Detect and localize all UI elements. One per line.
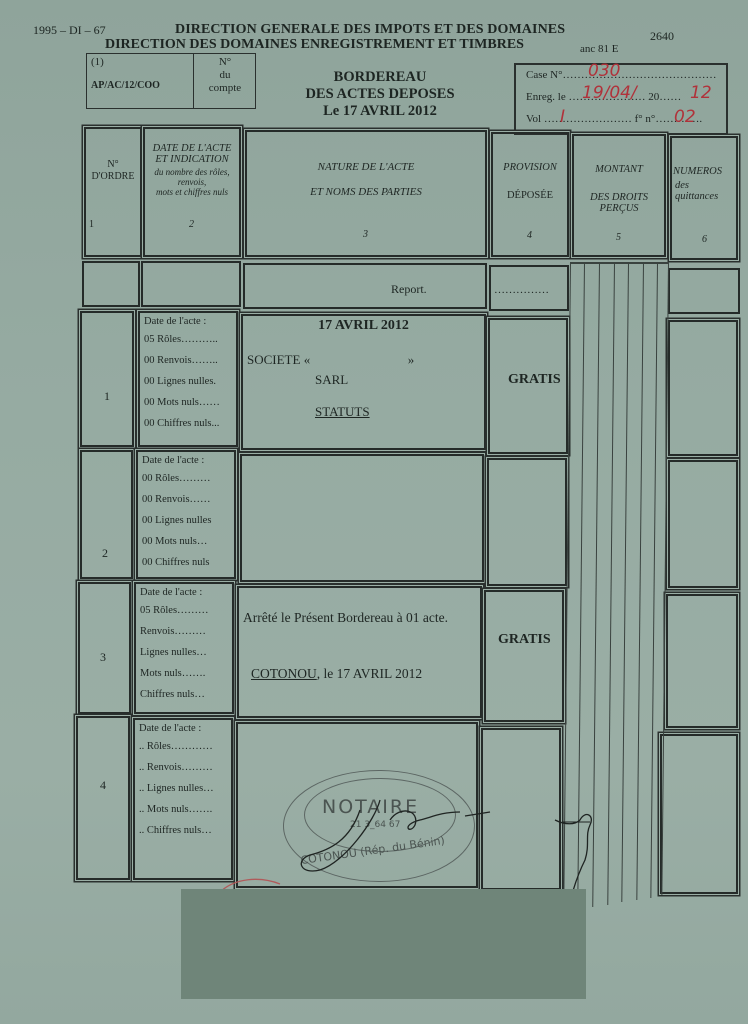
row-1-company-form: SARL <box>315 372 348 388</box>
row-3-renvois: Renvois……… <box>140 621 232 642</box>
enreg-date-value: 19/04/ <box>582 83 637 103</box>
row-4-date: Date de l'acte : .. Rôles………… .. Renvois… <box>133 718 233 880</box>
title-line-3: Le 17 AVRIL 2012 <box>270 103 490 120</box>
row-1-quittance <box>668 320 738 456</box>
row-1-renvois: 00 Renvois…….. <box>144 350 236 371</box>
row-1-order: 1 <box>80 311 134 447</box>
col-number-3: 3 <box>363 229 368 240</box>
row-2-renvois: 00 Renvois…… <box>142 489 234 510</box>
col-header-order: N° D'ORDRE 1 <box>84 127 142 257</box>
row-1-nature: 17 AVRIL 2012 SOCIETE « » SARL STATUTS <box>241 314 486 450</box>
folio-label: f° n° <box>635 113 656 125</box>
row-2-nature <box>240 454 484 582</box>
col-header-quittances-subtitle: des quittances <box>675 180 718 202</box>
report-provision-dots: …………… <box>494 284 549 296</box>
row-1-date-label: Date de l'acte : <box>144 315 236 329</box>
row-3-date-text: , le 17 AVRIL 2012 <box>317 666 422 681</box>
col-number-6: 6 <box>702 234 707 245</box>
form-old-code: anc 81 E <box>580 43 618 55</box>
row-1-mots-nuls: 00 Mots nuls…… <box>144 392 236 413</box>
row-3-place-date: COTONOU, le 17 AVRIL 2012 <box>251 666 422 682</box>
col-header-montant-subtitle: DES DROITS PERÇUS <box>574 192 664 214</box>
account-value: AP/AC/12/COO <box>91 80 160 91</box>
row-4-chiffres-nuls: .. Chiffres nuls… <box>139 820 231 841</box>
row-3-order: 3 <box>78 582 131 714</box>
montant-rule-line <box>621 262 629 902</box>
row-4-quittance <box>660 734 738 894</box>
row-3-chiffres-nuls: Chiffres nuls… <box>140 684 232 705</box>
row-2-chiffres-nuls: 00 Chiffres nuls <box>142 552 234 573</box>
agency-line-2: DIRECTION DES DOMAINES ENREGISTREMENT ET… <box>105 37 524 53</box>
registration-box: Case N°…………………………………… 030 Enreg. le …………… <box>514 63 728 135</box>
report-quittance-cell <box>668 268 740 314</box>
vol-label: Vol <box>526 113 541 125</box>
col-header-nature-title: NATURE DE L'ACTE <box>247 162 485 173</box>
row-4-date-details: Date de l'acte : .. Rôles………… .. Renvois… <box>135 720 231 841</box>
row-4-mots-nuls: .. Mots nuls……. <box>139 799 231 820</box>
row-4-lignes-nulles: .. Lignes nulles… <box>139 778 231 799</box>
row-2-date-label: Date de l'acte : <box>142 454 234 468</box>
row-1-date: Date de l'acte : 05 Rôles……….. 00 Renvoi… <box>138 311 238 447</box>
row-1-chiffres-nuls: 00 Chiffres nuls... <box>144 413 236 434</box>
row-1-act-type: STATUTS <box>315 404 370 420</box>
account-col-line2: du <box>195 69 255 82</box>
row-2-order-number: 2 <box>102 546 108 561</box>
agency-line-1: DIRECTION GENERALE DES IMPOTS ET DES DOM… <box>175 22 565 38</box>
year-value: 12 <box>690 83 712 103</box>
col-header-nature-subtitle: ET NOMS DES PARTIES <box>247 187 485 198</box>
row-3-mots-nuls: Mots nuls……. <box>140 663 232 684</box>
account-col-line1: N° <box>195 56 255 69</box>
row-3-closing-text: Arrêté le Présent Bordereau à 01 acte. <box>243 608 477 628</box>
col-number-1: 1 <box>89 219 94 230</box>
row-4-renvois: .. Renvois……… <box>139 757 231 778</box>
col-header-montant: MONTANT DES DROITS PERÇUS 5 <box>572 134 666 257</box>
row-1-lignes-nulles: 00 Lignes nulles. <box>144 371 236 392</box>
col-header-montant-title: MONTANT <box>574 164 664 175</box>
redacted-area <box>181 889 586 999</box>
row-3-lignes-nulles: Lignes nulles… <box>140 642 232 663</box>
vol-value: I <box>560 107 565 127</box>
report-nature-cell: Report. <box>243 263 487 309</box>
col-header-date: DATE DE L'ACTE ET INDICATION du nombre d… <box>143 127 241 257</box>
account-label: (1) <box>91 56 104 68</box>
row-4-order: 4 <box>76 716 130 880</box>
row-1-date-details: Date de l'acte : 05 Rôles……….. 00 Renvoi… <box>140 313 236 434</box>
account-number-header: N° du compte <box>195 54 255 110</box>
row-1-roles: 05 Rôles……….. <box>144 329 236 350</box>
row-4-order-number: 4 <box>100 778 106 793</box>
document-title: BORDEREAU DES ACTES DEPOSES Le 17 AVRIL … <box>270 69 490 120</box>
year-prefix: 20 <box>648 91 659 103</box>
col-header-nature: NATURE DE L'ACTE ET NOMS DES PARTIES 3 <box>245 130 487 257</box>
row-4-date-label: Date de l'acte : <box>139 722 231 736</box>
row-1-order-number: 1 <box>104 389 110 404</box>
row-2-date: Date de l'acte : 00 Rôles……… 00 Renvois…… <box>136 450 236 579</box>
account-box: (1) AP/AC/12/COO N° du compte <box>86 53 256 109</box>
col-header-quittances: NUMEROS des quittances 6 <box>670 136 738 260</box>
row-3-provision: GRATIS <box>484 590 564 722</box>
col-header-date-subtitle: du nombre des rôles, renvois, mots et ch… <box>145 167 239 197</box>
row-2-roles: 00 Rôles……… <box>142 468 234 489</box>
col-header-provision-subtitle: DÉPOSÉE <box>493 190 567 201</box>
title-line-1: BORDEREAU <box>270 69 490 86</box>
folio-value: 02 <box>674 107 696 127</box>
title-line-2: DES ACTES DEPOSES <box>270 86 490 103</box>
report-provision-cell: …………… <box>489 265 569 311</box>
account-col-line3: compte <box>195 82 255 95</box>
montant-rule-line <box>650 262 658 898</box>
row-2-date-details: Date de l'acte : 00 Rôles……… 00 Renvois…… <box>138 452 234 573</box>
col-number-2: 2 <box>189 219 194 230</box>
col-header-provision-title: PROVISION <box>493 162 567 173</box>
enreg-label: Enreg. le <box>526 91 566 103</box>
case-value: 030 <box>588 61 620 81</box>
col-number-4: 4 <box>527 230 532 241</box>
row-3-nature: Arrêté le Présent Bordereau à 01 acte. C… <box>237 586 482 718</box>
row-3-date-label: Date de l'acte : <box>140 586 232 600</box>
row-1-party-name: SOCIETE « » <box>247 352 414 368</box>
report-label: Report. <box>391 282 427 297</box>
case-label: Case N° <box>526 69 562 81</box>
row-2-provision <box>487 458 567 586</box>
row-3-date-details: Date de l'acte : 05 Rôles……… Renvois……… … <box>136 584 232 705</box>
row-3-place: COTONOU <box>251 666 317 681</box>
col-header-quittances-title: NUMEROS <box>673 166 722 177</box>
row-3-date: Date de l'acte : 05 Rôles……… Renvois……… … <box>134 582 234 714</box>
col-header-date-title: DATE DE L'ACTE ET INDICATION <box>145 143 239 165</box>
row-2-quittance <box>668 460 738 588</box>
col-number-5: 5 <box>616 232 621 243</box>
row-1-provision: GRATIS <box>488 318 568 454</box>
form-code: 2640 <box>650 29 674 44</box>
row-1-provision-value: GRATIS <box>508 372 561 388</box>
row-4-roles: .. Rôles………… <box>139 736 231 757</box>
row-2-lignes-nulles: 00 Lignes nulles <box>142 510 234 531</box>
report-order-cell <box>82 261 140 307</box>
col-header-provision: PROVISION DÉPOSÉE 4 <box>491 132 569 257</box>
form-reference: 1995 – DI – 67 <box>33 23 106 38</box>
row-3-order-number: 3 <box>100 650 106 665</box>
report-date-cell <box>141 261 241 307</box>
row-3-provision-value: GRATIS <box>498 632 551 648</box>
col-header-order-title: N° D'ORDRE <box>86 159 140 183</box>
row-2-mots-nuls: 00 Mots nuls… <box>142 531 234 552</box>
row-3-quittance <box>666 594 738 728</box>
row-3-roles: 05 Rôles……… <box>140 600 232 621</box>
row-2-order: 2 <box>80 450 133 579</box>
montant-rule-line <box>636 262 644 900</box>
row-1-act-date: 17 AVRIL 2012 <box>243 318 484 334</box>
